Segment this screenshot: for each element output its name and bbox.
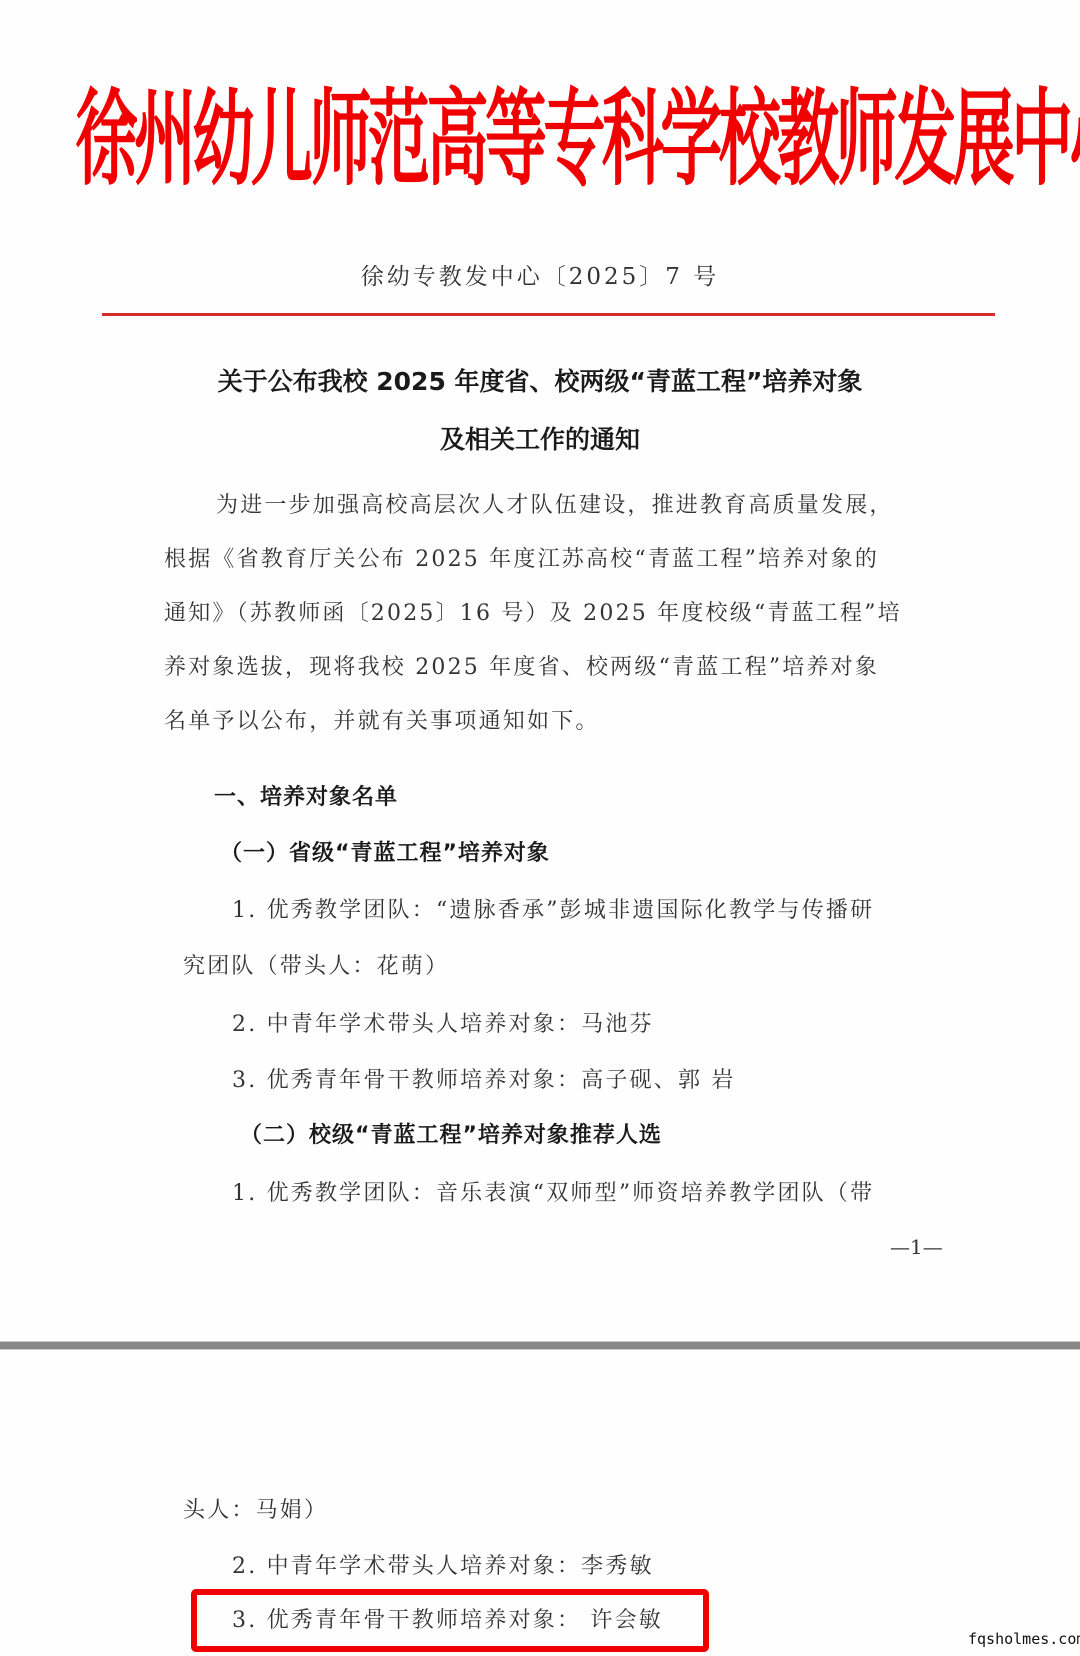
notice-title-line-1: 关于公布我校 2025 年度省、校两级“青蓝工程”培养对象 xyxy=(0,362,1080,398)
list-item: 1. 优秀教学团队：“遗脉香承”彭城非遗国际化教学与传播研 xyxy=(232,893,874,924)
list-item: 1. 优秀教学团队：音乐表演“双师型”师资培养教学团队（带 xyxy=(232,1176,874,1207)
page-number: —1— xyxy=(890,1235,943,1259)
list-item: 3. 优秀青年骨干教师培养对象：高子砚、郭 岩 xyxy=(232,1063,736,1094)
intro-line: 养对象选拔，现将我校 2025 年度省、校两级“青蓝工程”培养对象 xyxy=(164,650,879,681)
intro-line: 根据《省教育厅关公布 2025 年度江苏高校“青蓝工程”培养对象的 xyxy=(164,542,879,573)
intro-line: 通知》（苏教师函〔2025〕16 号）及 2025 年度校级“青蓝工程”培 xyxy=(164,596,902,627)
document-number: 徐幼专教发中心〔2025〕7 号 xyxy=(0,258,1080,291)
intro-line: 为进一步加强高校高层次人才队伍建设，推进教育高质量发展， xyxy=(216,488,894,519)
subsection-heading-school: （二）校级“青蓝工程”培养对象推荐人选 xyxy=(240,1118,662,1149)
list-item: 2. 中青年学术带头人培养对象：李秀敏 xyxy=(232,1549,654,1580)
red-highlight-box xyxy=(191,1589,709,1652)
list-item-continuation: 头人：马娟） xyxy=(183,1493,328,1524)
document-masthead: 徐州幼儿师范高等专科学校教师发展中心文件 xyxy=(76,30,1005,248)
section-heading: 一、培养对象名单 xyxy=(214,780,398,811)
red-header-rule xyxy=(102,313,995,316)
subsection-heading-provincial: （一）省级“青蓝工程”培养对象 xyxy=(220,836,550,867)
notice-title-line-2: 及相关工作的通知 xyxy=(0,420,1080,456)
intro-line: 名单予以公布，并就有关事项通知如下。 xyxy=(164,704,600,735)
list-item-continuation: 究团队（带头人：花萌） xyxy=(183,949,449,980)
list-item: 2. 中青年学术带头人培养对象：马池芬 xyxy=(232,1007,654,1038)
watermark: fqsholmes.com xyxy=(966,1630,1080,1648)
page-separator xyxy=(0,1341,1080,1350)
